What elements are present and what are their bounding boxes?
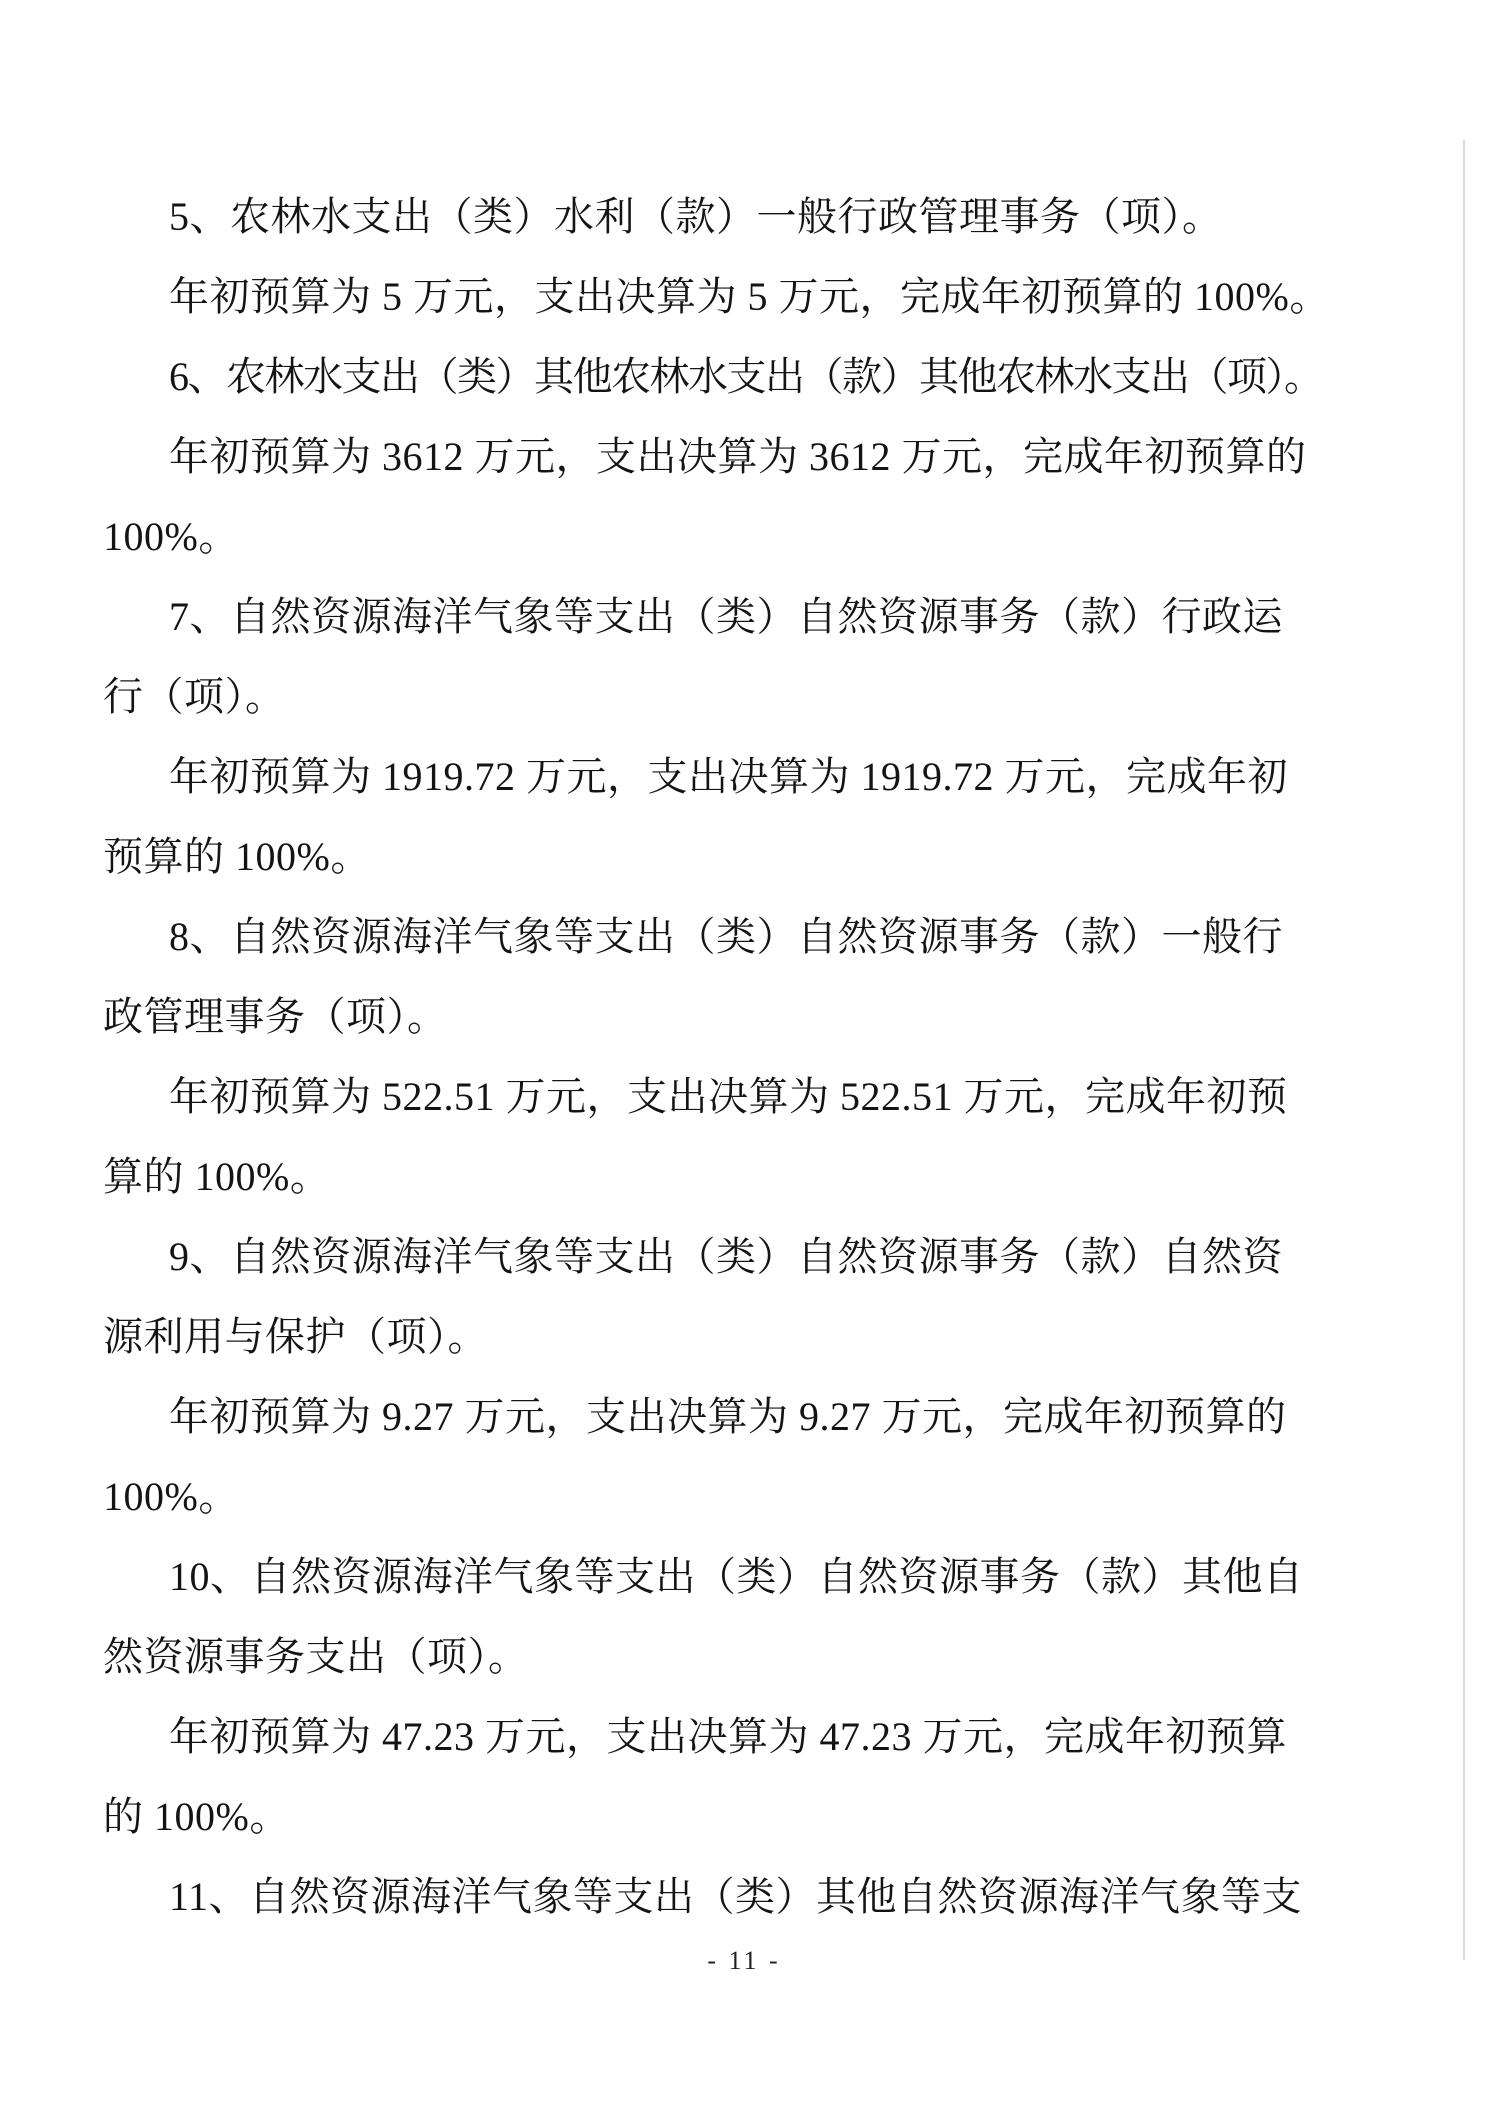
text-line: 11、自然资源海洋气象等支出（类）其他自然资源海洋气象等支	[103, 1857, 1363, 1937]
text-line: 政管理事务（项）。	[103, 977, 1363, 1057]
text-line: 然资源事务支出（项）。	[103, 1617, 1363, 1697]
document-page: 5、农林水支出（类）水利（款）一般行政管理事务（项）。 年初预算为 5 万元，支…	[0, 0, 1488, 2104]
text-line: 预算的 100%。	[103, 817, 1363, 897]
text-line: 10、自然资源海洋气象等支出（类）自然资源事务（款）其他自	[103, 1537, 1363, 1617]
text-line: 100%。	[103, 1457, 1363, 1537]
text-line: 8、自然资源海洋气象等支出（类）自然资源事务（款）一般行	[103, 897, 1363, 977]
text-line: 100%。	[103, 497, 1363, 577]
text-line: 年初预算为 1919.72 万元，支出决算为 1919.72 万元，完成年初	[103, 737, 1363, 817]
text-line: 源利用与保护（项）。	[103, 1297, 1363, 1377]
page-number: - 11 -	[0, 1944, 1488, 1978]
scan-artifact-line	[1463, 140, 1465, 1960]
text-line: 年初预算为 5 万元，支出决算为 5 万元，完成年初预算的 100%。	[103, 257, 1363, 337]
text-line: 的 100%。	[103, 1777, 1363, 1857]
text-line: 算的 100%。	[103, 1137, 1363, 1217]
text-line: 年初预算为 3612 万元，支出决算为 3612 万元，完成年初预算的	[103, 417, 1363, 497]
text-line: 7、自然资源海洋气象等支出（类）自然资源事务（款）行政运	[103, 577, 1363, 657]
text-line: 行（项）。	[103, 657, 1363, 737]
text-line: 年初预算为 9.27 万元，支出决算为 9.27 万元，完成年初预算的	[103, 1377, 1363, 1457]
text-line: 年初预算为 47.23 万元，支出决算为 47.23 万元，完成年初预算	[103, 1697, 1363, 1777]
text-line: 9、自然资源海洋气象等支出（类）自然资源事务（款）自然资	[103, 1217, 1363, 1297]
document-body: 5、农林水支出（类）水利（款）一般行政管理事务（项）。 年初预算为 5 万元，支…	[103, 177, 1363, 1937]
text-line: 6、农林水支出（类）其他农林水支出（款）其他农林水支出（项）。	[103, 337, 1363, 417]
text-line: 5、农林水支出（类）水利（款）一般行政管理事务（项）。	[103, 177, 1363, 257]
text-line: 年初预算为 522.51 万元，支出决算为 522.51 万元，完成年初预	[103, 1057, 1363, 1137]
